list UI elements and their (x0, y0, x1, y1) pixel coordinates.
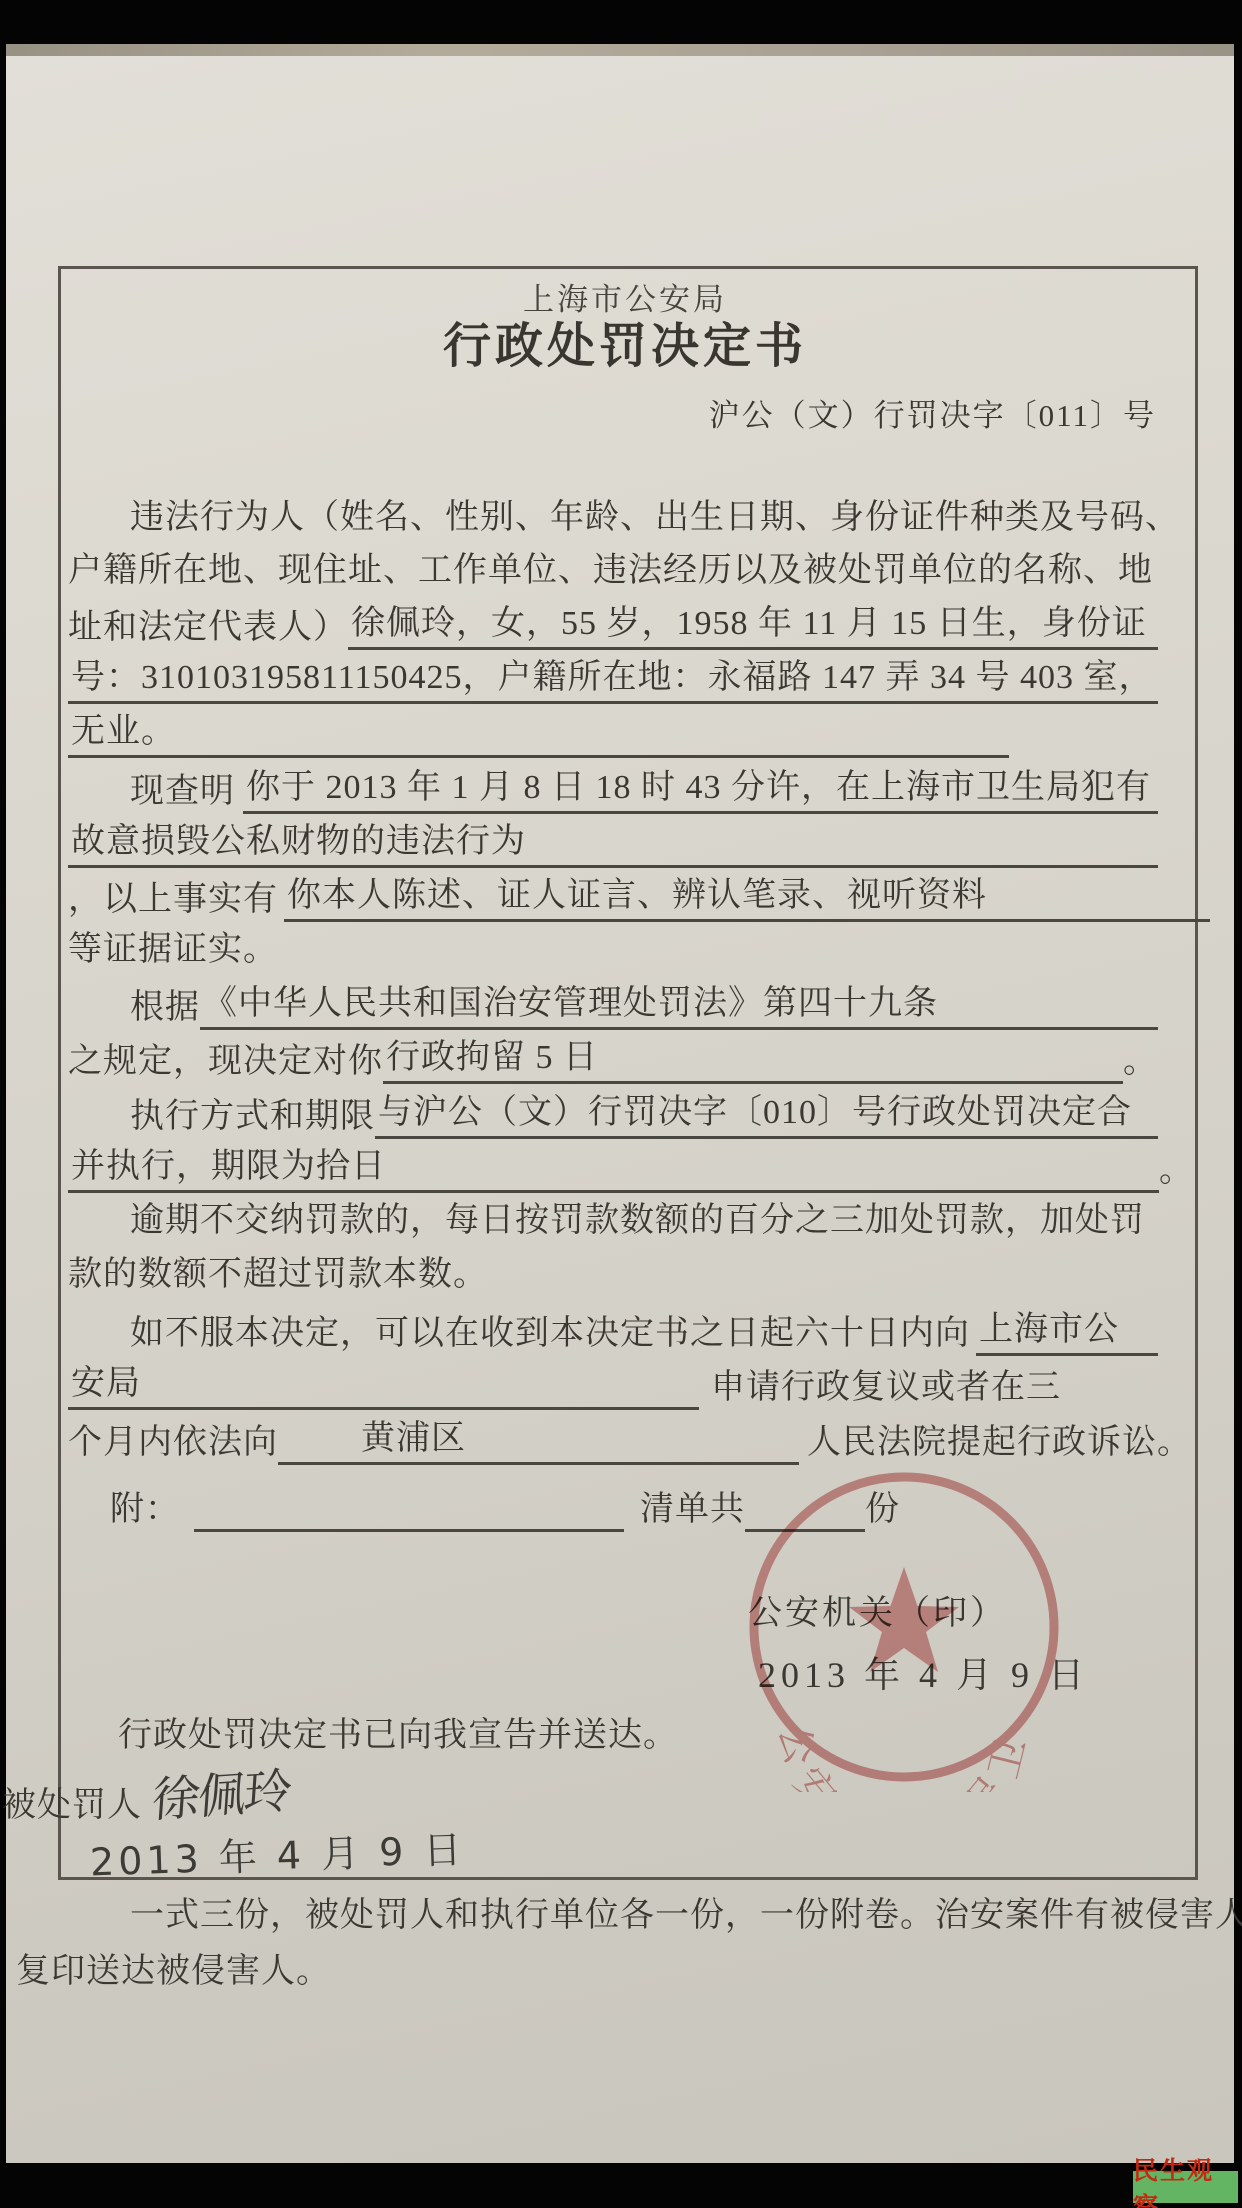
filled-value: 行政拘留 5 日 (383, 1036, 601, 1084)
footer-note-line-2: 复印送达被侵害人。 (16, 1950, 1034, 1994)
filled-value: 上海市公 (976, 1308, 1122, 1356)
blank-underline (278, 1462, 358, 1465)
intro-label: 址和法定代表人） (68, 606, 348, 650)
appeal-text: 申请行政复议或者在三 (711, 1366, 1061, 1410)
filled-value: 徐佩玲，女，55 岁，1958 年 11 月 15 日生，身份证 (348, 602, 1150, 650)
facts-label: ，以上事实有 (68, 878, 278, 922)
facts-line-4: 等证据证实。 (68, 928, 1158, 972)
blank-underline (601, 1081, 1123, 1084)
filled-value: 无业。 (68, 710, 179, 758)
blank-underline (1135, 1136, 1158, 1139)
paper-sheet: 上海市公安局 行政处罚决定书 沪公（文）行罚决字〔011〕号 违法行为人（姓名、… (6, 44, 1234, 2163)
blank-underline (179, 755, 1009, 758)
blank-underline (941, 1027, 1158, 1030)
seal-star-icon (849, 1567, 959, 1672)
appeal-label: 个月内依法向 (68, 1421, 278, 1465)
blank-underline (990, 919, 1210, 922)
document-number: 沪公（文）行罚决字〔011〕号 (58, 396, 1156, 436)
surcharge-text: 款的数额不超过罚款本数。 (68, 1253, 488, 1297)
intro-line-4: 号：310103195811150425，户籍所在地：永福路 147 弄 34 … (68, 656, 1158, 704)
intro-line-3: 址和法定代表人） 徐佩玲，女，55 岁，1958 年 11 月 15 日生，身份… (68, 602, 1158, 650)
attachment-label: 附： (110, 1488, 180, 1532)
execution-line-1: 执行方式和期限 与沪公（文）行罚决字〔010〕号行政处罚决定合 (68, 1091, 1158, 1139)
intro-text: 户籍所在地、现住址、工作单位、违法经历以及被处罚单位的名称、地 (68, 549, 1153, 593)
service-statement: 行政处罚决定书已向我宣告并送达。 (118, 1714, 678, 1758)
basis-line-1: 根据 《中华人民共和国治安管理处罚法》第四十九条 (68, 982, 1158, 1030)
filled-value: 并执行，期限为拾日 (68, 1145, 389, 1193)
blank-underline (1150, 647, 1158, 650)
blank-underline (1156, 701, 1158, 704)
footer-note-line-1: 一式三份，被处罚人和执行单位各一份，一份附卷。治安案件有被侵害人的， (68, 1894, 1158, 1938)
blank-underline (144, 1407, 699, 1410)
signee-line: 被处罚人 徐佩玲 (2, 1766, 290, 1827)
document-title: 行政处罚决定书 (58, 316, 1192, 377)
period: 。 (1159, 1149, 1194, 1193)
facts-line-3: ，以上事实有 你本人陈述、证人证言、辨认笔录、视听资料 (68, 874, 1158, 922)
basis-line-2: 之规定，现决定对你 行政拘留 5 日 。 (68, 1036, 1158, 1084)
facts-label: 现查明 (130, 770, 235, 814)
document-photo: 上海市公安局 行政处罚决定书 沪公（文）行罚决字〔011〕号 违法行为人（姓名、… (0, 0, 1242, 2208)
filled-value: 安局 (68, 1362, 144, 1410)
filled-value: 与沪公（文）行罚决字〔010〕号行政处罚决定合 (375, 1091, 1135, 1139)
footer-text: 复印送达被侵害人。 (16, 1950, 331, 1994)
attachment-list-label: 清单共 (640, 1488, 745, 1532)
intro-text: 违法行为人（姓名、性别、年龄、出生日期、身份证件种类及号码、 (130, 496, 1180, 540)
appeal-label: 如不服本决定，可以在收到本决定书之日起六十日内向 (130, 1312, 970, 1356)
appeal-text: 人民法院提起行政诉讼。 (807, 1421, 1192, 1465)
appeal-line-1: 如不服本决定，可以在收到本决定书之日起六十日内向 上海市公 (68, 1308, 1158, 1356)
official-seal-stamp: 公安局文化保卫 (739, 1462, 1069, 1792)
filled-value: 号：310103195811150425，户籍所在地：永福路 147 弄 34 … (68, 656, 1156, 704)
filled-value: 你本人陈述、证人证言、辨认笔录、视听资料 (284, 874, 990, 922)
watermark-badge: 民生观察 (1133, 2171, 1238, 2203)
facts-line-2: 故意损毁公私财物的违法行为 (68, 820, 1158, 868)
facts-text: 等证据证实。 (68, 928, 278, 972)
blank-underline (194, 1529, 624, 1532)
filled-value: 《中华人民共和国治安管理处罚法》第四十九条 (200, 982, 941, 1030)
issuing-agency: 上海市公安局 (58, 280, 1192, 320)
basis-label: 之规定，现决定对你 (68, 1040, 383, 1084)
surcharge-line-1: 逾期不交纳罚款的，每日按罚款数额的百分之三加处罚款，加处罚 (68, 1199, 1158, 1243)
basis-label: 根据 (130, 986, 200, 1030)
appeal-line-2: 安局 申请行政复议或者在三 (68, 1362, 1158, 1410)
period: 。 (1123, 1040, 1158, 1084)
filled-value: 黄浦区 (358, 1417, 469, 1465)
blank-underline (1154, 811, 1158, 814)
intro-line-1: 违法行为人（姓名、性别、年龄、出生日期、身份证件种类及号码、 (68, 496, 1158, 540)
surcharge-text: 逾期不交纳罚款的，每日按罚款数额的百分之三加处罚款，加处罚 (130, 1199, 1145, 1243)
handwritten-signature: 徐佩玲 (150, 1761, 292, 1833)
execution-label: 执行方式和期限 (130, 1095, 375, 1139)
blank-underline (1122, 1353, 1158, 1356)
appeal-line-3: 个月内依法向 黄浦区 人民法院提起行政诉讼。 (68, 1417, 1158, 1465)
intro-line-5: 无业。 (68, 710, 1158, 758)
filled-value: 你于 2013 年 1 月 8 日 18 时 43 分许，在上海市卫生局犯有 (243, 766, 1154, 814)
signee-label: 被处罚人 (2, 1784, 142, 1828)
blank-underline (529, 865, 1158, 868)
facts-line-1: 现查明 你于 2013 年 1 月 8 日 18 时 43 分许，在上海市卫生局… (68, 766, 1158, 814)
blank-underline (389, 1190, 1159, 1193)
surcharge-line-2: 款的数额不超过罚款本数。 (68, 1253, 1158, 1297)
intro-line-2: 户籍所在地、现住址、工作单位、违法经历以及被处罚单位的名称、地 (68, 549, 1158, 593)
filled-value: 故意损毁公私财物的违法行为 (68, 820, 529, 868)
footer-text: 一式三份，被处罚人和执行单位各一份，一份附卷。治安案件有被侵害人的， (130, 1894, 1242, 1938)
execution-line-2: 并执行，期限为拾日 。 (68, 1145, 1158, 1193)
